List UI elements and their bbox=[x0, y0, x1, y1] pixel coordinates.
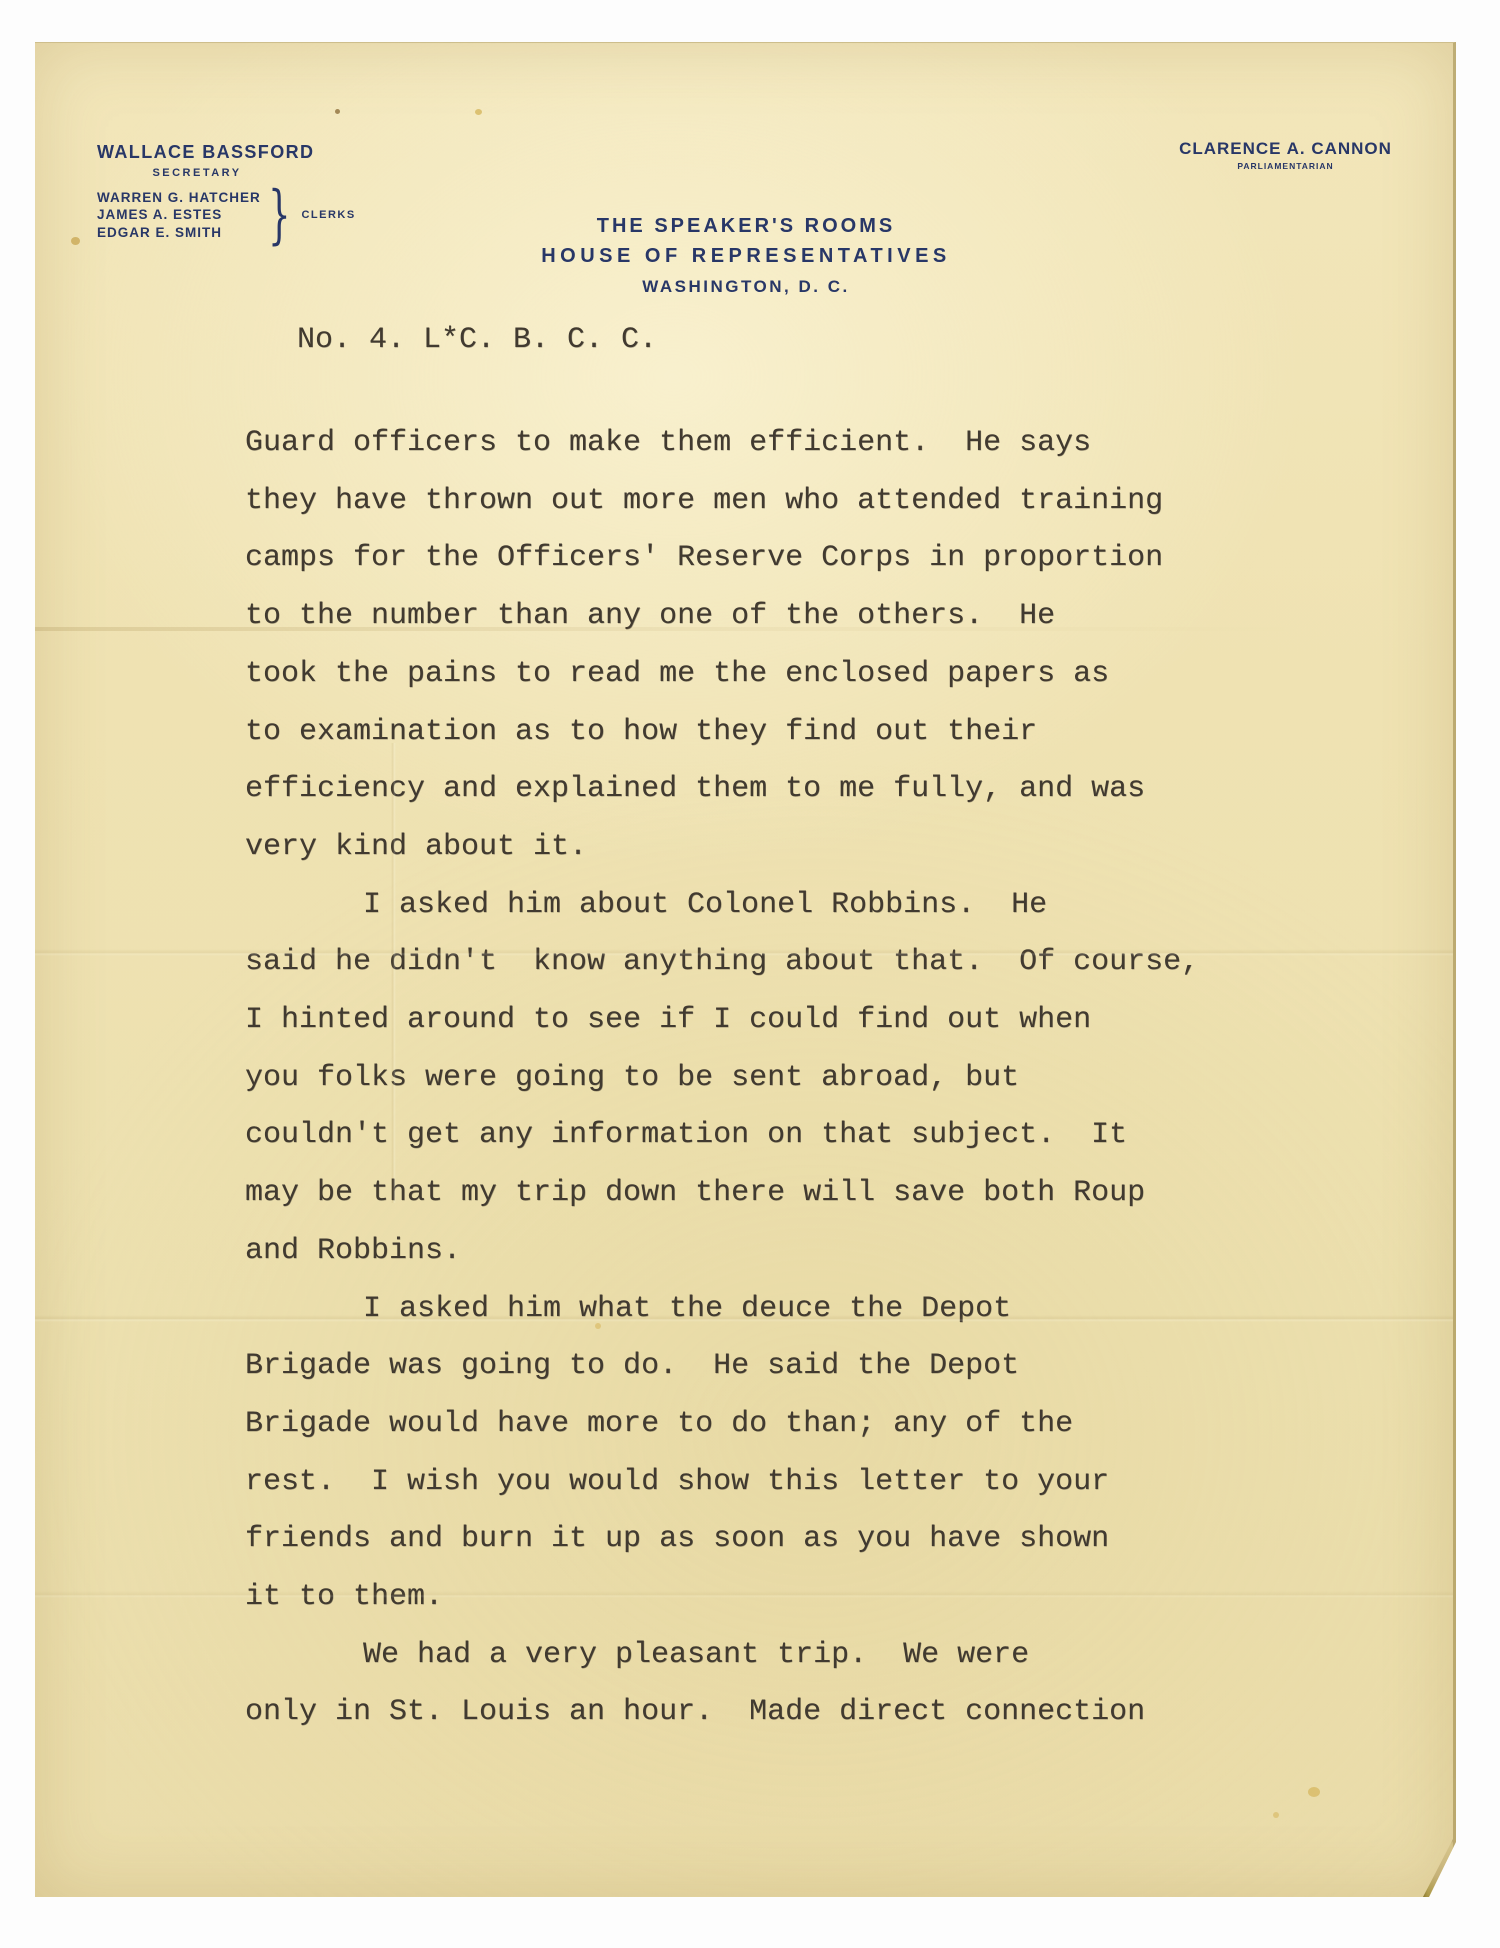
letterhead-line-city: WASHINGTON, D. C. bbox=[541, 277, 951, 297]
letter-page: WALLACE BASSFORD SECRETARY WARREN G. HAT… bbox=[35, 42, 1456, 1897]
body-line: only in St. Louis an hour. Made direct c… bbox=[245, 1684, 1199, 1742]
body-line: I hinted around to see if I could find o… bbox=[245, 992, 1199, 1050]
body-line: to the number than any one of the others… bbox=[245, 588, 1199, 646]
body-line: camps for the Officers' Reserve Corps in… bbox=[245, 530, 1199, 588]
body-line: Guard officers to make them efficient. H… bbox=[245, 415, 1199, 473]
body-line: couldn't get any information on that sub… bbox=[245, 1107, 1199, 1165]
secretary-title: SECRETARY bbox=[97, 167, 297, 179]
letterhead-line-house: HOUSE OF REPRESENTATIVES bbox=[541, 245, 951, 268]
body-line: and Robbins. bbox=[245, 1223, 1199, 1281]
body-line: friends and burn it up as soon as you ha… bbox=[245, 1511, 1199, 1569]
body-line: I asked him about Colonel Robbins. He bbox=[245, 877, 1199, 935]
letter-body: Guard officers to make them efficient. H… bbox=[245, 415, 1199, 1742]
clerk-names: WARREN G. HATCHER JAMES A. ESTES EDGAR E… bbox=[97, 189, 261, 242]
body-line: We had a very pleasant trip. We were bbox=[245, 1627, 1199, 1685]
body-line: very kind about it. bbox=[245, 819, 1199, 877]
clerks-block: WARREN G. HATCHER JAMES A. ESTES EDGAR E… bbox=[97, 186, 356, 244]
body-line: may be that my trip down there will save… bbox=[245, 1165, 1199, 1223]
brace-glyph: } bbox=[268, 186, 290, 244]
foxing-spot bbox=[1273, 1812, 1279, 1818]
body-line: efficiency and explained them to me full… bbox=[245, 761, 1199, 819]
foxing-spot bbox=[475, 109, 482, 115]
folded-corner bbox=[1423, 1839, 1453, 1897]
letterhead-right-block: CLARENCE A. CANNON PARLIAMENTARIAN bbox=[1178, 139, 1393, 171]
body-line: took the pains to read me the enclosed p… bbox=[245, 646, 1199, 704]
body-line: I asked him what the deuce the Depot bbox=[245, 1281, 1199, 1339]
parliamentarian-title: PARLIAMENTARIAN bbox=[1178, 161, 1393, 171]
clerk-name: WARREN G. HATCHER bbox=[97, 189, 261, 207]
foxing-spot bbox=[1308, 1787, 1320, 1797]
foxing-spot bbox=[71, 237, 80, 245]
body-line: it to them. bbox=[245, 1569, 1199, 1627]
body-line: said he didn't know anything about that.… bbox=[245, 934, 1199, 992]
clerks-label: CLERKS bbox=[301, 209, 355, 221]
body-line: Brigade would have more to do than; any … bbox=[245, 1396, 1199, 1454]
parliamentarian-name: CLARENCE A. CANNON bbox=[1178, 139, 1393, 159]
letterhead-left-block: WALLACE BASSFORD SECRETARY bbox=[97, 142, 317, 179]
body-line: Brigade was going to do. He said the Dep… bbox=[245, 1338, 1199, 1396]
secretary-name: WALLACE BASSFORD bbox=[97, 142, 317, 163]
clerk-name: EDGAR E. SMITH bbox=[97, 224, 261, 242]
reference-line: No. 4. L*C. B. C. C. bbox=[297, 323, 657, 357]
foxing-spot bbox=[335, 109, 340, 114]
body-line: to examination as to how they find out t… bbox=[245, 704, 1199, 762]
body-line: you folks were going to be sent abroad, … bbox=[245, 1050, 1199, 1108]
letterhead-line-rooms: THE SPEAKER'S ROOMS bbox=[541, 215, 951, 238]
clerk-name: JAMES A. ESTES bbox=[97, 206, 261, 224]
letterhead-center-block: THE SPEAKER'S ROOMS HOUSE OF REPRESENTAT… bbox=[541, 215, 951, 297]
body-line: rest. I wish you would show this letter … bbox=[245, 1454, 1199, 1512]
body-line: they have thrown out more men who attend… bbox=[245, 473, 1199, 531]
